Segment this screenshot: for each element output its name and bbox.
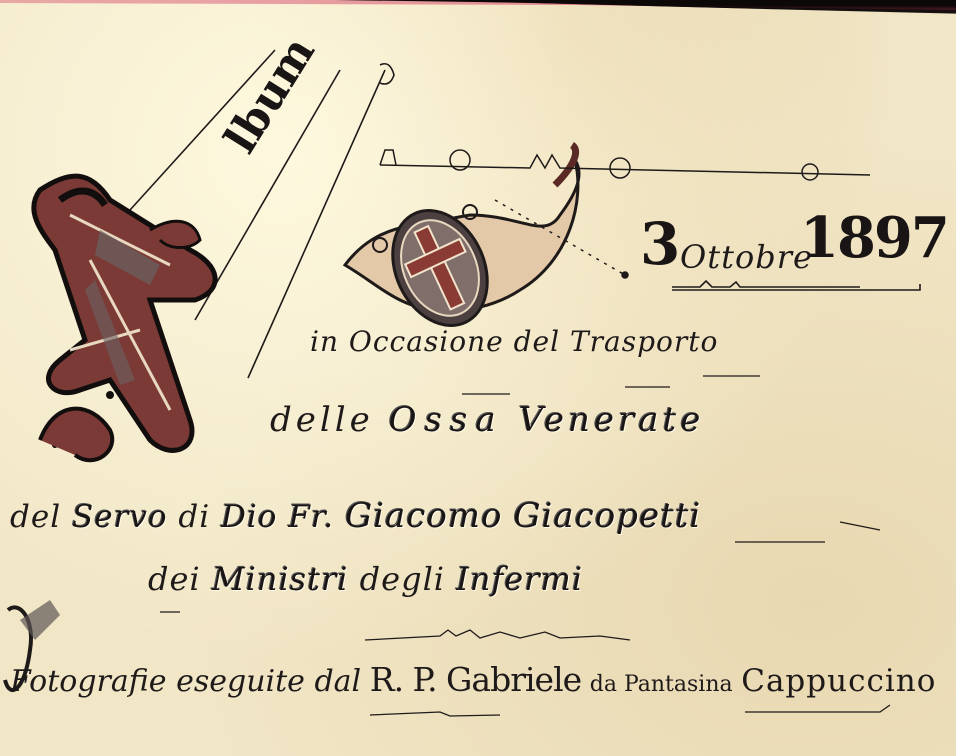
word-dio: Dio (221, 499, 277, 535)
line-servant: del Servo di Dio Fr. Giacomo Giacopetti (10, 496, 701, 536)
word-venerate: Venerate (518, 400, 704, 440)
photographer-name: R. P. Gabriele (370, 660, 581, 699)
word-di: di (178, 499, 210, 535)
word-ministri: Ministri (212, 560, 349, 598)
line-occasion-start: in Occasione del (310, 325, 560, 358)
line-ministers: dei Ministri degli Infermi (148, 560, 583, 598)
word-giacopetti: Giacopetti (513, 496, 701, 536)
word-giacomo: Giacomo (345, 496, 503, 536)
word-ossa: Ossa (389, 400, 504, 440)
word-delle: delle (270, 400, 374, 440)
photographer-origin: da Pantasina (590, 672, 733, 697)
ornament-layer (0, 0, 956, 756)
word-degli: degli (360, 560, 445, 598)
line-bones: delle Ossa Venerate (270, 400, 704, 440)
word-servo: Servo (72, 499, 168, 535)
cross-shield-emblem (345, 145, 579, 341)
line-occasion: in Occasione del Trasporto (310, 325, 718, 358)
word-fr: Fr. (288, 499, 334, 535)
word-del: del (10, 499, 61, 535)
date-month: Ottobre (680, 238, 813, 276)
word-infermi: Infermi (456, 560, 583, 598)
date-underline (672, 281, 920, 290)
date-year: 1897 (800, 205, 948, 271)
line-photographs: Fotografie eseguite dal R. P. Gabriele d… (10, 660, 936, 699)
word-cappuccino: Cappuccino (741, 663, 936, 699)
date-day: 3 (640, 210, 681, 278)
word-dei: dei (148, 560, 201, 598)
photographs-credit-start: Fotografie eseguite dal (10, 664, 361, 699)
word-trasporto: Trasporto (570, 325, 718, 358)
illuminated-initial-A (34, 176, 215, 460)
